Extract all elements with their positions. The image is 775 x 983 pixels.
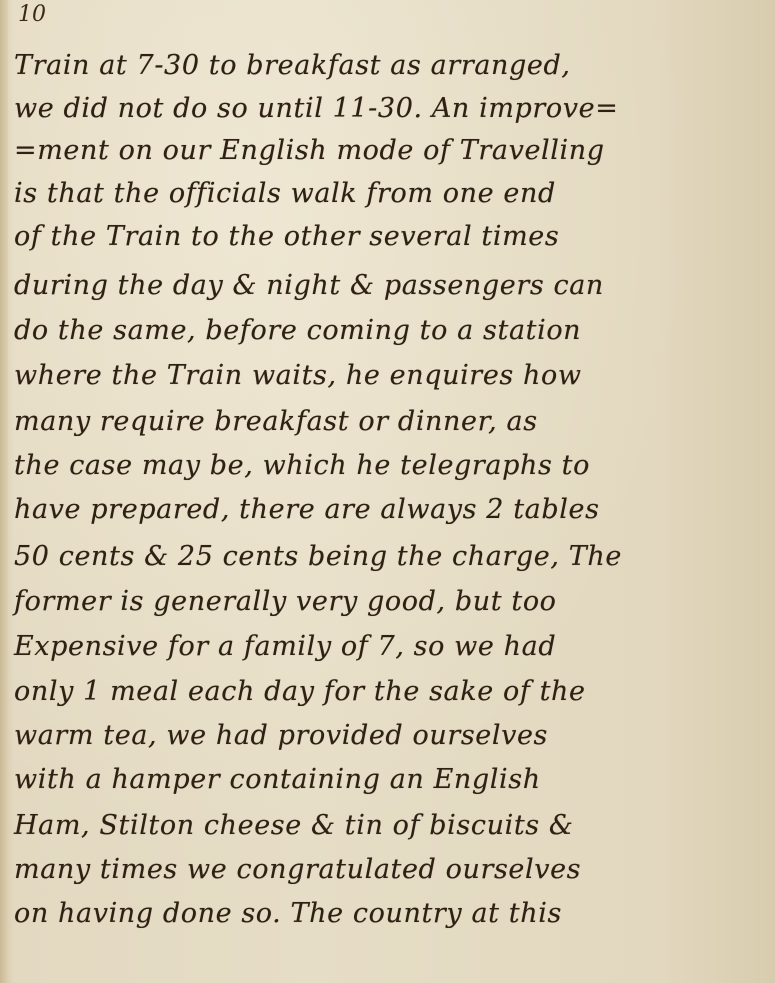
text-line: during the day & night & passengers can xyxy=(14,266,764,306)
text-line: is that the officials walk from one end xyxy=(14,174,764,214)
text-line: have prepared, there are always 2 tables xyxy=(14,490,764,530)
text-line: many times we congratulated ourselves xyxy=(14,850,764,890)
text-line: Train at 7-30 to breakfast as arranged, xyxy=(14,46,764,86)
page-binding-edge xyxy=(0,0,8,983)
text-line: warm tea, we had provided ourselves xyxy=(14,716,764,756)
text-line: of the Train to the other several times xyxy=(14,217,764,257)
text-line: 50 cents & 25 cents being the charge, Th… xyxy=(14,537,764,577)
text-line: Ham, Stilton cheese & tin of biscuits & xyxy=(14,806,764,846)
text-line: only 1 meal each day for the sake of the xyxy=(14,672,764,712)
text-line: the case may be, which he telegraphs to xyxy=(14,446,764,486)
text-line: where the Train waits, he enquires how xyxy=(14,356,764,396)
text-line: former is generally very good, but too xyxy=(14,582,764,622)
text-line: we did not do so until 11-30. An improve… xyxy=(14,89,764,129)
text-line: on having done so. The country at this xyxy=(14,894,764,934)
text-line: with a hamper containing an English xyxy=(14,760,764,800)
text-line: do the same, before coming to a station xyxy=(14,311,764,351)
text-line: many require breakfast or dinner, as xyxy=(14,402,764,442)
text-line: Expensive for a family of 7, so we had xyxy=(14,627,764,667)
page-number: 10 xyxy=(18,2,46,27)
text-line: =ment on our English mode of Travelling xyxy=(14,131,764,171)
manuscript-page: 10 Train at 7-30 to breakfast as arrange… xyxy=(0,0,775,983)
